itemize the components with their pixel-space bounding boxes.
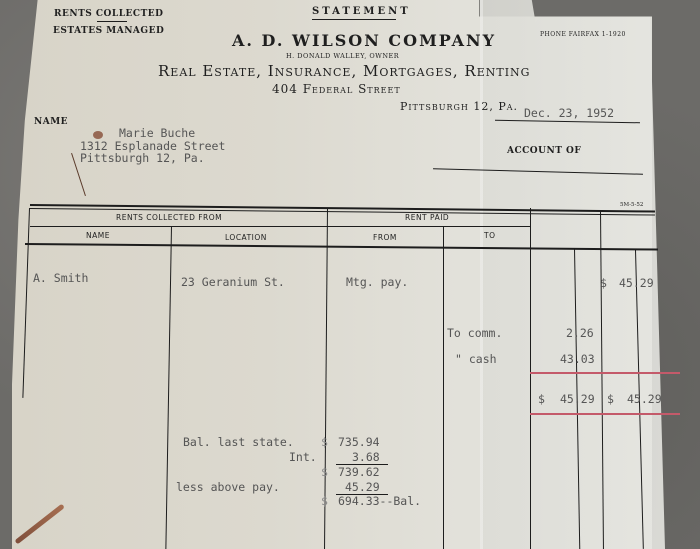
group-header-divider (30, 226, 530, 227)
total-right-amount: 45.29 (627, 392, 662, 406)
column-header-to: TO (484, 231, 496, 240)
form-code: 5M-5-52 (620, 202, 643, 208)
recipient-city: Pittsburgh 12, Pa. (80, 151, 205, 165)
row-amount: 45.29 (619, 276, 654, 290)
column-header-name: NAME (86, 231, 110, 240)
services-line: Real Estate, Insurance, Mortgages, Renti… (158, 62, 530, 80)
estates-managed-label: ESTATES MANAGED (53, 26, 164, 36)
interest-label: Int. (289, 450, 317, 464)
phone-number: PHONE FAIRFAX 1-1920 (540, 31, 626, 38)
company-name: A. D. WILSON COMPANY (232, 31, 496, 50)
disbursement-cash-label: " cash (455, 352, 497, 366)
row-location: 23 Geranium St. (181, 275, 285, 289)
total-left-sign: $ (538, 392, 545, 406)
balance-last-statement-label: Bal. last state. (183, 435, 294, 449)
disbursement-cash-amount: 43.03 (560, 352, 595, 366)
rent-paid-header: RENT PAID (405, 213, 449, 222)
row-name: A. Smith (33, 271, 88, 285)
row-from: Mtg. pay. (346, 275, 408, 289)
paper-fold (480, 0, 483, 549)
rents-collected-from-header: RENTS COLLECTED FROM (116, 213, 222, 222)
disbursement-commission-label: To comm. (447, 326, 502, 340)
city-line: Pittsburgh 12, Pa. (400, 100, 518, 113)
total-right-sign: $ (607, 392, 614, 406)
owner-line: H. DONALD WALLEY, OWNER (286, 52, 399, 60)
subtotal-amount: 739.62 (338, 465, 380, 479)
less-payment-label: less above pay. (176, 480, 280, 494)
interest-amount: 3.68 (352, 450, 380, 464)
rents-collected-label: RENTS COLLECTED (54, 9, 163, 19)
subtotal-sign: $ (321, 465, 328, 479)
column-header-from: FROM (373, 233, 397, 242)
disbursement-commission-amount: 2.26 (566, 326, 594, 340)
statement-paper-folded-flap (480, 0, 665, 549)
new-balance-amount: 694.33--Bal. (338, 494, 421, 508)
row-amount-sign: $ (600, 276, 607, 290)
balance-last-statement-sign: $ (321, 435, 328, 449)
address-line: 404 Federal Street (272, 82, 401, 96)
column-header-location: LOCATION (225, 233, 267, 242)
balance-sign: $ (321, 494, 328, 508)
total-bottom-red-line (530, 413, 680, 415)
col-line (530, 208, 531, 549)
less-payment-amount: 45.29 (345, 480, 380, 494)
statement-title: STATEMENT (312, 6, 411, 17)
total-top-red-line (530, 372, 680, 374)
col-line (443, 226, 444, 549)
statement-date: Dec. 23, 1952 (524, 106, 614, 120)
balance-last-statement-amount: 735.94 (338, 435, 380, 449)
total-left-amount: 45.29 (560, 392, 595, 406)
statement-underline (312, 19, 396, 20)
rust-stain (93, 131, 103, 139)
recipient-name: Marie Buche (119, 126, 195, 140)
label-divider (97, 21, 127, 22)
account-of-label: ACCOUNT OF (507, 146, 581, 156)
name-label: NAME (34, 117, 68, 127)
